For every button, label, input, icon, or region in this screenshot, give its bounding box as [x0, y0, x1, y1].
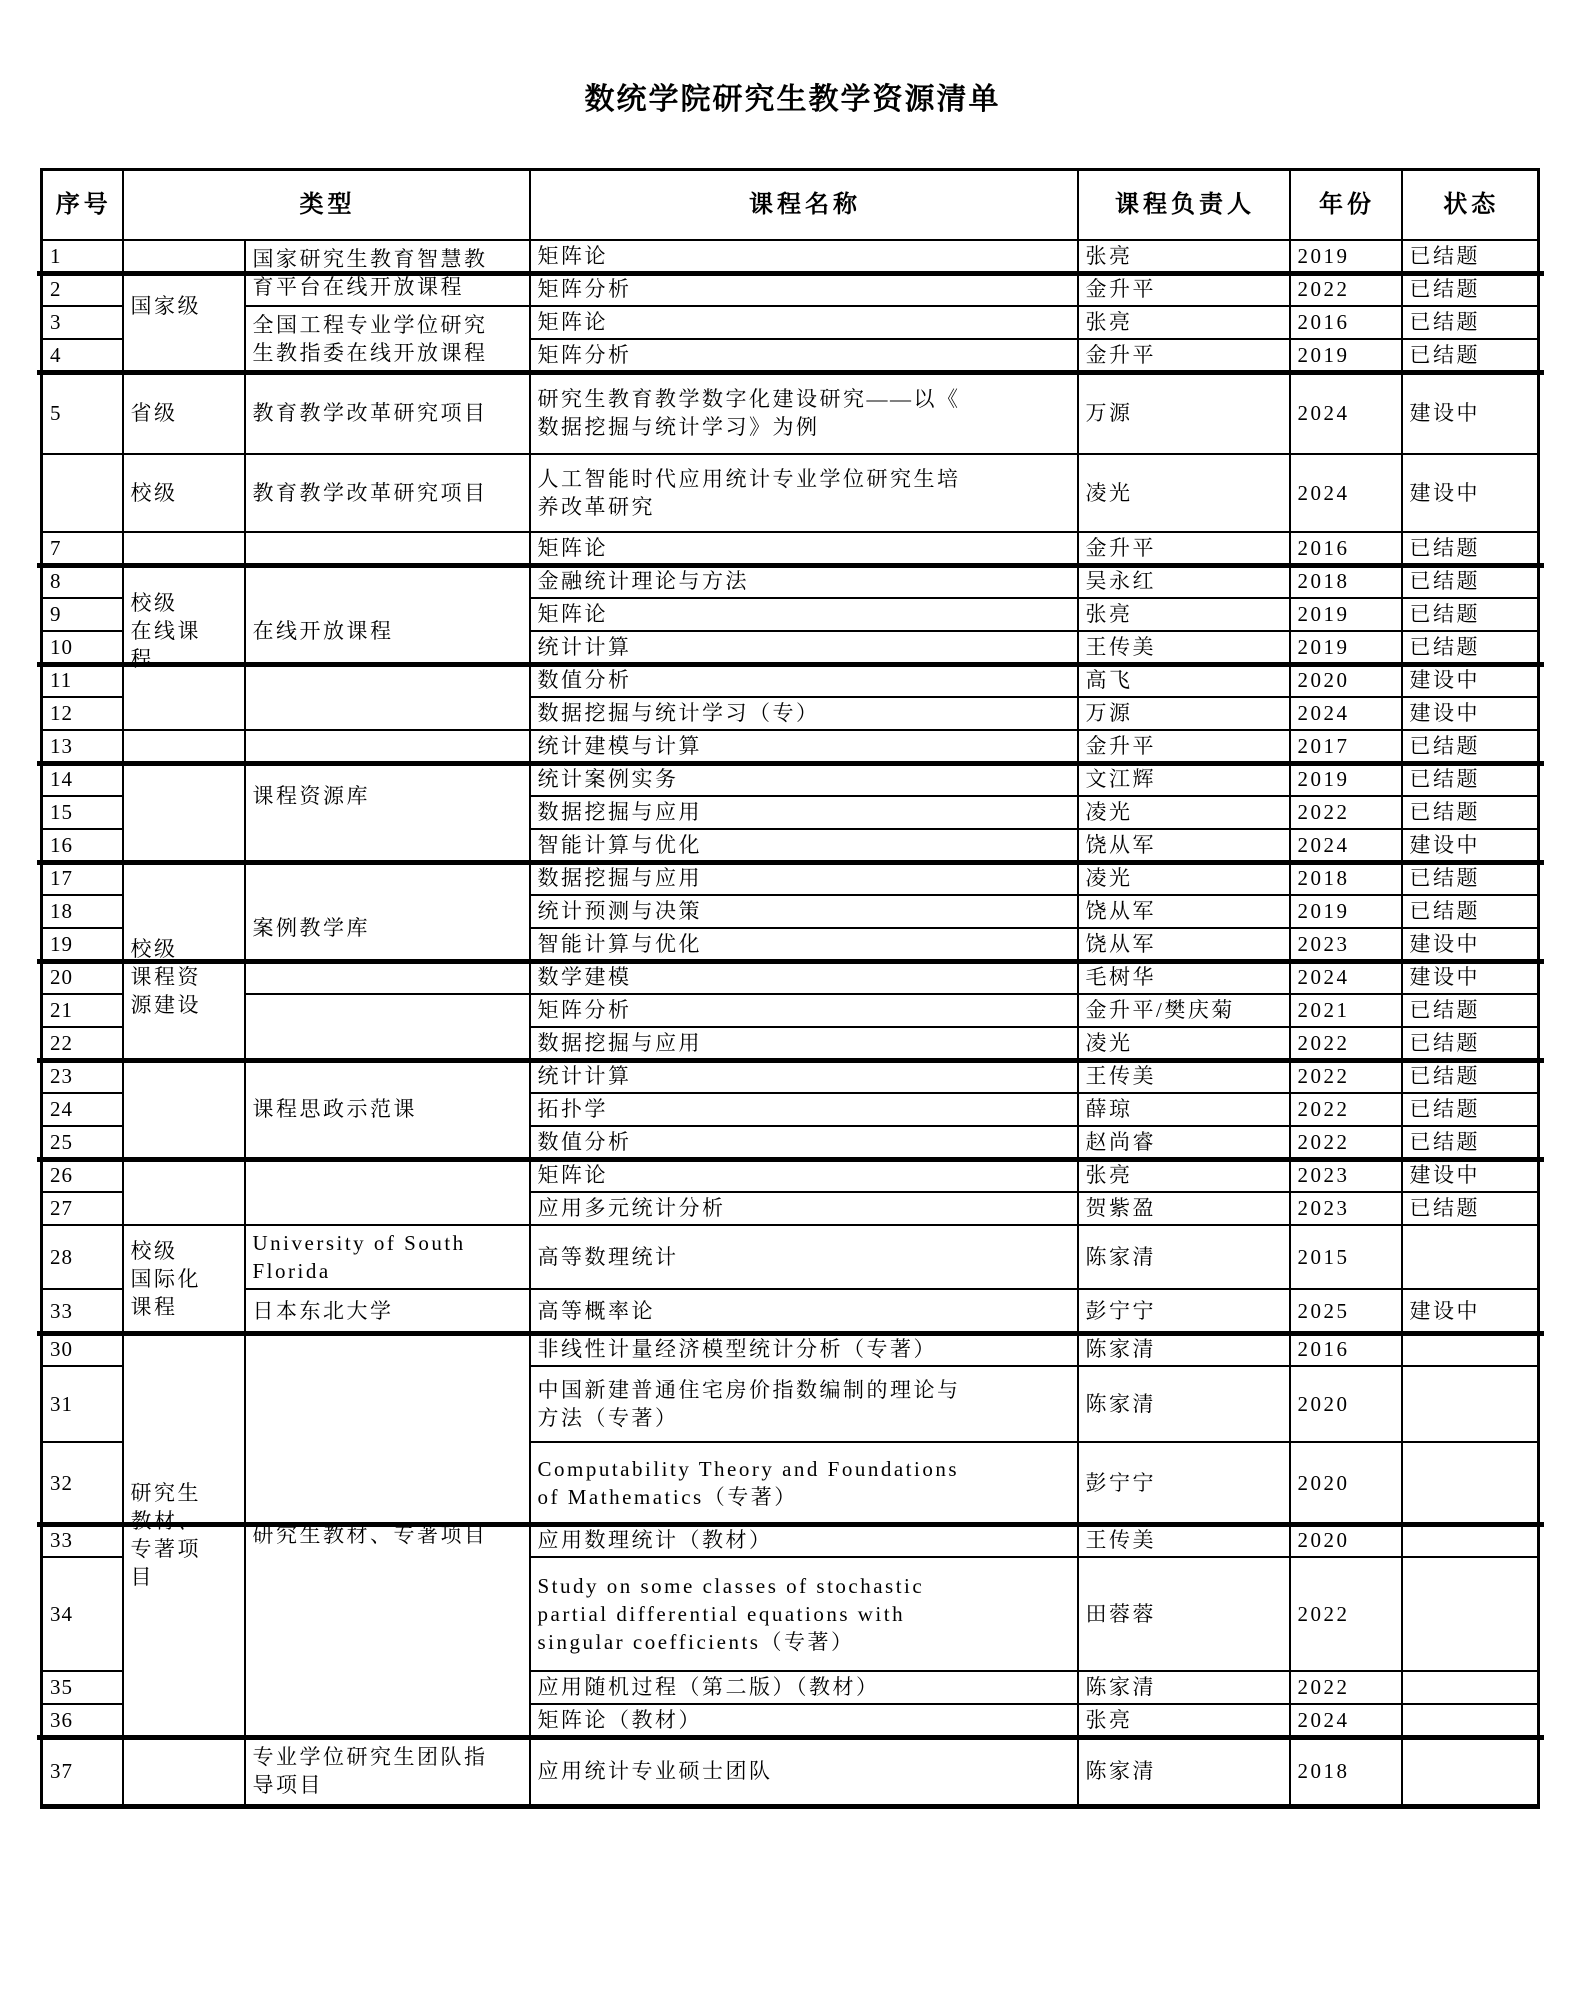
cell-year: 2018: [1290, 565, 1402, 598]
table-row: 30 研究生 教材、 专著项 目 研究生教材、专著项目 非线性计量经济模型统计分…: [42, 1333, 1539, 1366]
cell-year: 2020: [1290, 1442, 1402, 1524]
cell-seq: 3: [42, 306, 123, 339]
cell-status: [1402, 1524, 1539, 1557]
cell-person: 陈家清: [1078, 1366, 1290, 1442]
document-page: 数统学院研究生教学资源清单 序号 类型 课程名称 课程负责人 年份 状态: [0, 74, 1585, 1809]
cell-status: 建设中: [1402, 1159, 1539, 1192]
cell-year: 2022: [1290, 1093, 1402, 1126]
cell-status: 建设中: [1402, 1289, 1539, 1333]
cell-seq: 9: [42, 598, 123, 631]
cell-seq: 20: [42, 961, 123, 994]
cell-year: 2022: [1290, 1126, 1402, 1159]
cell-status: 建设中: [1402, 454, 1539, 532]
cell-type-category: 专业学位研究生团队指 导项目: [245, 1737, 530, 1807]
cell-seq: 23: [42, 1060, 123, 1093]
cell-course-name: 矩阵论（教材）: [530, 1704, 1078, 1737]
cell-status: [1402, 1704, 1539, 1737]
cell-seq: 24: [42, 1093, 123, 1126]
cell-status: 建设中: [1402, 697, 1539, 730]
cell-year: 2024: [1290, 697, 1402, 730]
header-year: 年份: [1290, 170, 1402, 240]
cell-course-name: 数据挖掘与统计学习（专）: [530, 697, 1078, 730]
cell-type-category: 教育教学改革研究项目: [245, 454, 530, 532]
cell-seq: 14: [42, 763, 123, 796]
cell-type-category: 日本东北大学: [245, 1289, 530, 1333]
cell-seq: 36: [42, 1704, 123, 1737]
cell-seq: 28: [42, 1225, 123, 1289]
cell-status: 已结题: [1402, 339, 1539, 372]
table-row: 3 全国工程专业学位研究 生教指委在线开放课程 矩阵论 张亮 2016 已结题: [42, 306, 1539, 339]
cell-status: 已结题: [1402, 1192, 1539, 1225]
cell-seq: 25: [42, 1126, 123, 1159]
cell-person: 张亮: [1078, 1704, 1290, 1737]
table-row: 37 专业学位研究生团队指 导项目 应用统计专业硕士团队 陈家清 2018: [42, 1737, 1539, 1807]
cell-year: 2018: [1290, 1737, 1402, 1807]
cell-year: 2019: [1290, 339, 1402, 372]
cell-seq: 18: [42, 895, 123, 928]
cell-status: [1402, 1366, 1539, 1442]
cell-year: 2025: [1290, 1289, 1402, 1333]
cell-course-name: 统计案例实务: [530, 763, 1078, 796]
cell-course-name: Computability Theory and Foundations of …: [530, 1442, 1078, 1524]
cell-status: 建设中: [1402, 928, 1539, 961]
cell-course-name: 矩阵分析: [530, 339, 1078, 372]
table-row: 校级 教育教学改革研究项目 人工智能时代应用统计专业学位研究生培 养改革研究 凌…: [42, 454, 1539, 532]
cell-person: 凌光: [1078, 796, 1290, 829]
cell-person: 张亮: [1078, 306, 1290, 339]
cell-seq: 19: [42, 928, 123, 961]
cell-year: 2017: [1290, 730, 1402, 763]
cell-status: 已结题: [1402, 598, 1539, 631]
cell-person: 彭宁宁: [1078, 1442, 1290, 1524]
cell-year: 2016: [1290, 532, 1402, 565]
cell-course-name: 高等概率论: [530, 1289, 1078, 1333]
cell-seq: 22: [42, 1027, 123, 1060]
table-container: 序号 类型 课程名称 课程负责人 年份 状态 1 国家级 国家研究生教育智慧教 …: [40, 168, 1541, 1809]
table-row: 7 校级 在线课 程 在线开放课程 矩阵论 金升平 2016 已结题: [42, 532, 1539, 565]
cell-status: [1402, 1333, 1539, 1366]
cell-type-category: University of South Florida: [245, 1225, 530, 1289]
cell-status: [1402, 1225, 1539, 1289]
cell-course-name: 智能计算与优化: [530, 829, 1078, 862]
cell-person: 陈家清: [1078, 1671, 1290, 1704]
cell-seq: 15: [42, 796, 123, 829]
header-person: 课程负责人: [1078, 170, 1290, 240]
cell-person: 陈家清: [1078, 1737, 1290, 1807]
cell-course-name: 统计计算: [530, 1060, 1078, 1093]
cell-status: 已结题: [1402, 994, 1539, 1027]
resource-table: 序号 类型 课程名称 课程负责人 年份 状态 1 国家级 国家研究生教育智慧教 …: [40, 168, 1540, 1809]
cell-seq: 31: [42, 1366, 123, 1442]
cell-year: 2020: [1290, 1524, 1402, 1557]
cell-person: 张亮: [1078, 240, 1290, 273]
cell-status: 建设中: [1402, 961, 1539, 994]
cell-type-category: 课程资源库: [245, 730, 530, 862]
cell-year: 2024: [1290, 961, 1402, 994]
cell-course-name: 矩阵论: [530, 306, 1078, 339]
cell-course-name: 数据挖掘与应用: [530, 862, 1078, 895]
cell-year: 2016: [1290, 306, 1402, 339]
header-type: 类型: [123, 170, 530, 240]
cell-seq: 12: [42, 697, 123, 730]
cell-seq: 7: [42, 532, 123, 565]
cell-seq: 30: [42, 1333, 123, 1366]
cell-type-category: 案例教学库: [245, 862, 530, 994]
cell-status: 建设中: [1402, 372, 1539, 454]
cell-seq: 10: [42, 631, 123, 664]
cell-status: 已结题: [1402, 532, 1539, 565]
cell-year: 2018: [1290, 862, 1402, 895]
cell-type-level: 校级: [123, 454, 245, 532]
cell-course-name: 高等数理统计: [530, 1225, 1078, 1289]
table-row: 17 案例教学库 数据挖掘与应用 凌光 2018 已结题: [42, 862, 1539, 895]
cell-seq: 32: [42, 1442, 123, 1524]
cell-seq: 33: [42, 1289, 123, 1333]
cell-status: 建设中: [1402, 664, 1539, 697]
cell-person: 田蓉蓉: [1078, 1557, 1290, 1671]
cell-status: 已结题: [1402, 895, 1539, 928]
cell-course-name: 研究生教育教学数字化建设研究——以《 数据挖掘与统计学习》为例: [530, 372, 1078, 454]
cell-seq: 37: [42, 1737, 123, 1807]
cell-status: 已结题: [1402, 1126, 1539, 1159]
cell-course-name: 矩阵论: [530, 532, 1078, 565]
cell-status: [1402, 1671, 1539, 1704]
cell-seq: 13: [42, 730, 123, 763]
cell-status: 已结题: [1402, 796, 1539, 829]
cell-type-category: 在线开放课程: [245, 532, 530, 730]
cell-person: 陈家清: [1078, 1225, 1290, 1289]
cell-year: 2024: [1290, 829, 1402, 862]
cell-year: 2020: [1290, 1366, 1402, 1442]
cell-status: 已结题: [1402, 565, 1539, 598]
cell-person: 饶从军: [1078, 895, 1290, 928]
cell-status: 已结题: [1402, 1093, 1539, 1126]
table-row: 13 校级 课程资 源建设 课程资源库 统计建模与计算 金升平 2017 已结题: [42, 730, 1539, 763]
cell-year: 2019: [1290, 598, 1402, 631]
cell-person: 文江辉: [1078, 763, 1290, 796]
cell-year: 2024: [1290, 454, 1402, 532]
cell-person: 张亮: [1078, 598, 1290, 631]
cell-person: 彭宁宁: [1078, 1289, 1290, 1333]
cell-year: 2015: [1290, 1225, 1402, 1289]
header-status: 状态: [1402, 170, 1539, 240]
cell-person: 金升平: [1078, 730, 1290, 763]
cell-status: [1402, 1737, 1539, 1807]
cell-year: 2022: [1290, 1060, 1402, 1093]
cell-course-name: 拓扑学: [530, 1093, 1078, 1126]
cell-seq: 34: [42, 1557, 123, 1671]
cell-year: 2019: [1290, 240, 1402, 273]
cell-year: 2022: [1290, 1671, 1402, 1704]
cell-seq: 21: [42, 994, 123, 1027]
cell-course-name: 应用数理统计（教材）: [530, 1524, 1078, 1557]
header-course-name: 课程名称: [530, 170, 1078, 240]
cell-status: [1402, 1442, 1539, 1524]
cell-seq: 5: [42, 372, 123, 454]
cell-status: 已结题: [1402, 1060, 1539, 1093]
cell-type-level: 研究生 教材、 专著项 目: [123, 1333, 245, 1737]
cell-person: 毛树华: [1078, 961, 1290, 994]
cell-type-category: 国家研究生教育智慧教 育平台在线开放课程: [245, 240, 530, 306]
cell-person: 饶从军: [1078, 829, 1290, 862]
cell-person: 贺紫盈: [1078, 1192, 1290, 1225]
cell-person: 陈家清: [1078, 1333, 1290, 1366]
cell-course-name: 数学建模: [530, 961, 1078, 994]
cell-type-level: 校级 课程资 源建设: [123, 730, 245, 1225]
cell-year: 2023: [1290, 928, 1402, 961]
cell-course-name: 统计预测与决策: [530, 895, 1078, 928]
cell-seq: 33: [42, 1524, 123, 1557]
cell-person: 金升平: [1078, 273, 1290, 306]
cell-type-level: [123, 1737, 245, 1807]
cell-person: 张亮: [1078, 1159, 1290, 1192]
table-row: 33 日本东北大学 高等概率论 彭宁宁 2025 建设中: [42, 1289, 1539, 1333]
cell-course-name: 应用随机过程（第二版）（教材）: [530, 1671, 1078, 1704]
cell-year: 2023: [1290, 1159, 1402, 1192]
cell-person: 吴永红: [1078, 565, 1290, 598]
cell-course-name: 数据挖掘与应用: [530, 796, 1078, 829]
cell-year: 2020: [1290, 664, 1402, 697]
cell-course-name: 矩阵论: [530, 598, 1078, 631]
cell-seq: 16: [42, 829, 123, 862]
cell-person: 万源: [1078, 697, 1290, 730]
header-row: 序号 类型 课程名称 课程负责人 年份 状态: [42, 170, 1539, 240]
cell-type-category: 课程思政示范课: [245, 994, 530, 1225]
cell-seq: 4: [42, 339, 123, 372]
cell-person: 赵尚睿: [1078, 1126, 1290, 1159]
cell-status: 已结题: [1402, 240, 1539, 273]
cell-course-name: 数值分析: [530, 1126, 1078, 1159]
cell-status: 已结题: [1402, 1027, 1539, 1060]
cell-year: 2022: [1290, 796, 1402, 829]
cell-seq: 35: [42, 1671, 123, 1704]
table-row: 28 校级 国际化 课程 University of South Florida…: [42, 1225, 1539, 1289]
cell-type-level: 校级 在线课 程: [123, 532, 245, 730]
cell-year: 2019: [1290, 631, 1402, 664]
cell-course-name: Study on some classes of stochastic part…: [530, 1557, 1078, 1671]
cell-type-level: 校级 国际化 课程: [123, 1225, 245, 1333]
cell-course-name: 人工智能时代应用统计专业学位研究生培 养改革研究: [530, 454, 1078, 532]
cell-course-name: 矩阵论: [530, 1159, 1078, 1192]
cell-course-name: 数据挖掘与应用: [530, 1027, 1078, 1060]
cell-person: 金升平: [1078, 339, 1290, 372]
cell-year: 2016: [1290, 1333, 1402, 1366]
cell-seq: 1: [42, 240, 123, 273]
cell-course-name: 统计计算: [530, 631, 1078, 664]
cell-course-name: 矩阵论: [530, 240, 1078, 273]
cell-year: 2019: [1290, 895, 1402, 928]
cell-year: 2019: [1290, 763, 1402, 796]
cell-type-category: 全国工程专业学位研究 生教指委在线开放课程: [245, 306, 530, 372]
cell-year: 2022: [1290, 273, 1402, 306]
cell-person: 凌光: [1078, 862, 1290, 895]
cell-course-name: 数值分析: [530, 664, 1078, 697]
cell-year: 2021: [1290, 994, 1402, 1027]
cell-person: 金升平/樊庆菊: [1078, 994, 1290, 1027]
cell-seq: 26: [42, 1159, 123, 1192]
table-row: 5 省级 教育教学改革研究项目 研究生教育教学数字化建设研究——以《 数据挖掘与…: [42, 372, 1539, 454]
cell-status: 建设中: [1402, 829, 1539, 862]
cell-seq: 2: [42, 273, 123, 306]
cell-course-name: 金融统计理论与方法: [530, 565, 1078, 598]
cell-year: 2022: [1290, 1027, 1402, 1060]
cell-status: 已结题: [1402, 763, 1539, 796]
cell-person: 王传美: [1078, 1060, 1290, 1093]
cell-course-name: 中国新建普通住宅房价指数编制的理论与 方法（专著）: [530, 1366, 1078, 1442]
cell-person: 万源: [1078, 372, 1290, 454]
cell-person: 金升平: [1078, 532, 1290, 565]
cell-seq: [42, 454, 123, 532]
header-seq: 序号: [42, 170, 123, 240]
cell-person: 薛琼: [1078, 1093, 1290, 1126]
cell-course-name: 矩阵分析: [530, 994, 1078, 1027]
cell-person: 饶从军: [1078, 928, 1290, 961]
cell-type-category: 研究生教材、专著项目: [245, 1333, 530, 1737]
cell-type-level: 国家级: [123, 240, 245, 372]
cell-course-name: 智能计算与优化: [530, 928, 1078, 961]
cell-person: 高飞: [1078, 664, 1290, 697]
cell-seq: 27: [42, 1192, 123, 1225]
cell-course-name: 应用多元统计分析: [530, 1192, 1078, 1225]
cell-course-name: 非线性计量经济模型统计分析（专著）: [530, 1333, 1078, 1366]
cell-status: 已结题: [1402, 631, 1539, 664]
cell-year: 2024: [1290, 1704, 1402, 1737]
cell-status: 已结题: [1402, 306, 1539, 339]
cell-course-name: 矩阵分析: [530, 273, 1078, 306]
cell-year: 2024: [1290, 372, 1402, 454]
cell-person: 凌光: [1078, 454, 1290, 532]
cell-year: 2022: [1290, 1557, 1402, 1671]
cell-status: 已结题: [1402, 862, 1539, 895]
cell-course-name: 统计建模与计算: [530, 730, 1078, 763]
cell-status: 已结题: [1402, 273, 1539, 306]
document-title: 数统学院研究生教学资源清单: [0, 74, 1585, 118]
cell-status: [1402, 1557, 1539, 1671]
cell-seq: 17: [42, 862, 123, 895]
cell-year: 2023: [1290, 1192, 1402, 1225]
cell-seq: 11: [42, 664, 123, 697]
cell-course-name: 应用统计专业硕士团队: [530, 1737, 1078, 1807]
cell-person: 王传美: [1078, 1524, 1290, 1557]
cell-status: 已结题: [1402, 730, 1539, 763]
cell-type-category: 教育教学改革研究项目: [245, 372, 530, 454]
table-row: 21 课程思政示范课 矩阵分析 金升平/樊庆菊 2021 已结题: [42, 994, 1539, 1027]
cell-person: 王传美: [1078, 631, 1290, 664]
cell-person: 凌光: [1078, 1027, 1290, 1060]
table-row: 1 国家级 国家研究生教育智慧教 育平台在线开放课程 矩阵论 张亮 2019 已…: [42, 240, 1539, 273]
cell-type-level: 省级: [123, 372, 245, 454]
cell-seq: 8: [42, 565, 123, 598]
